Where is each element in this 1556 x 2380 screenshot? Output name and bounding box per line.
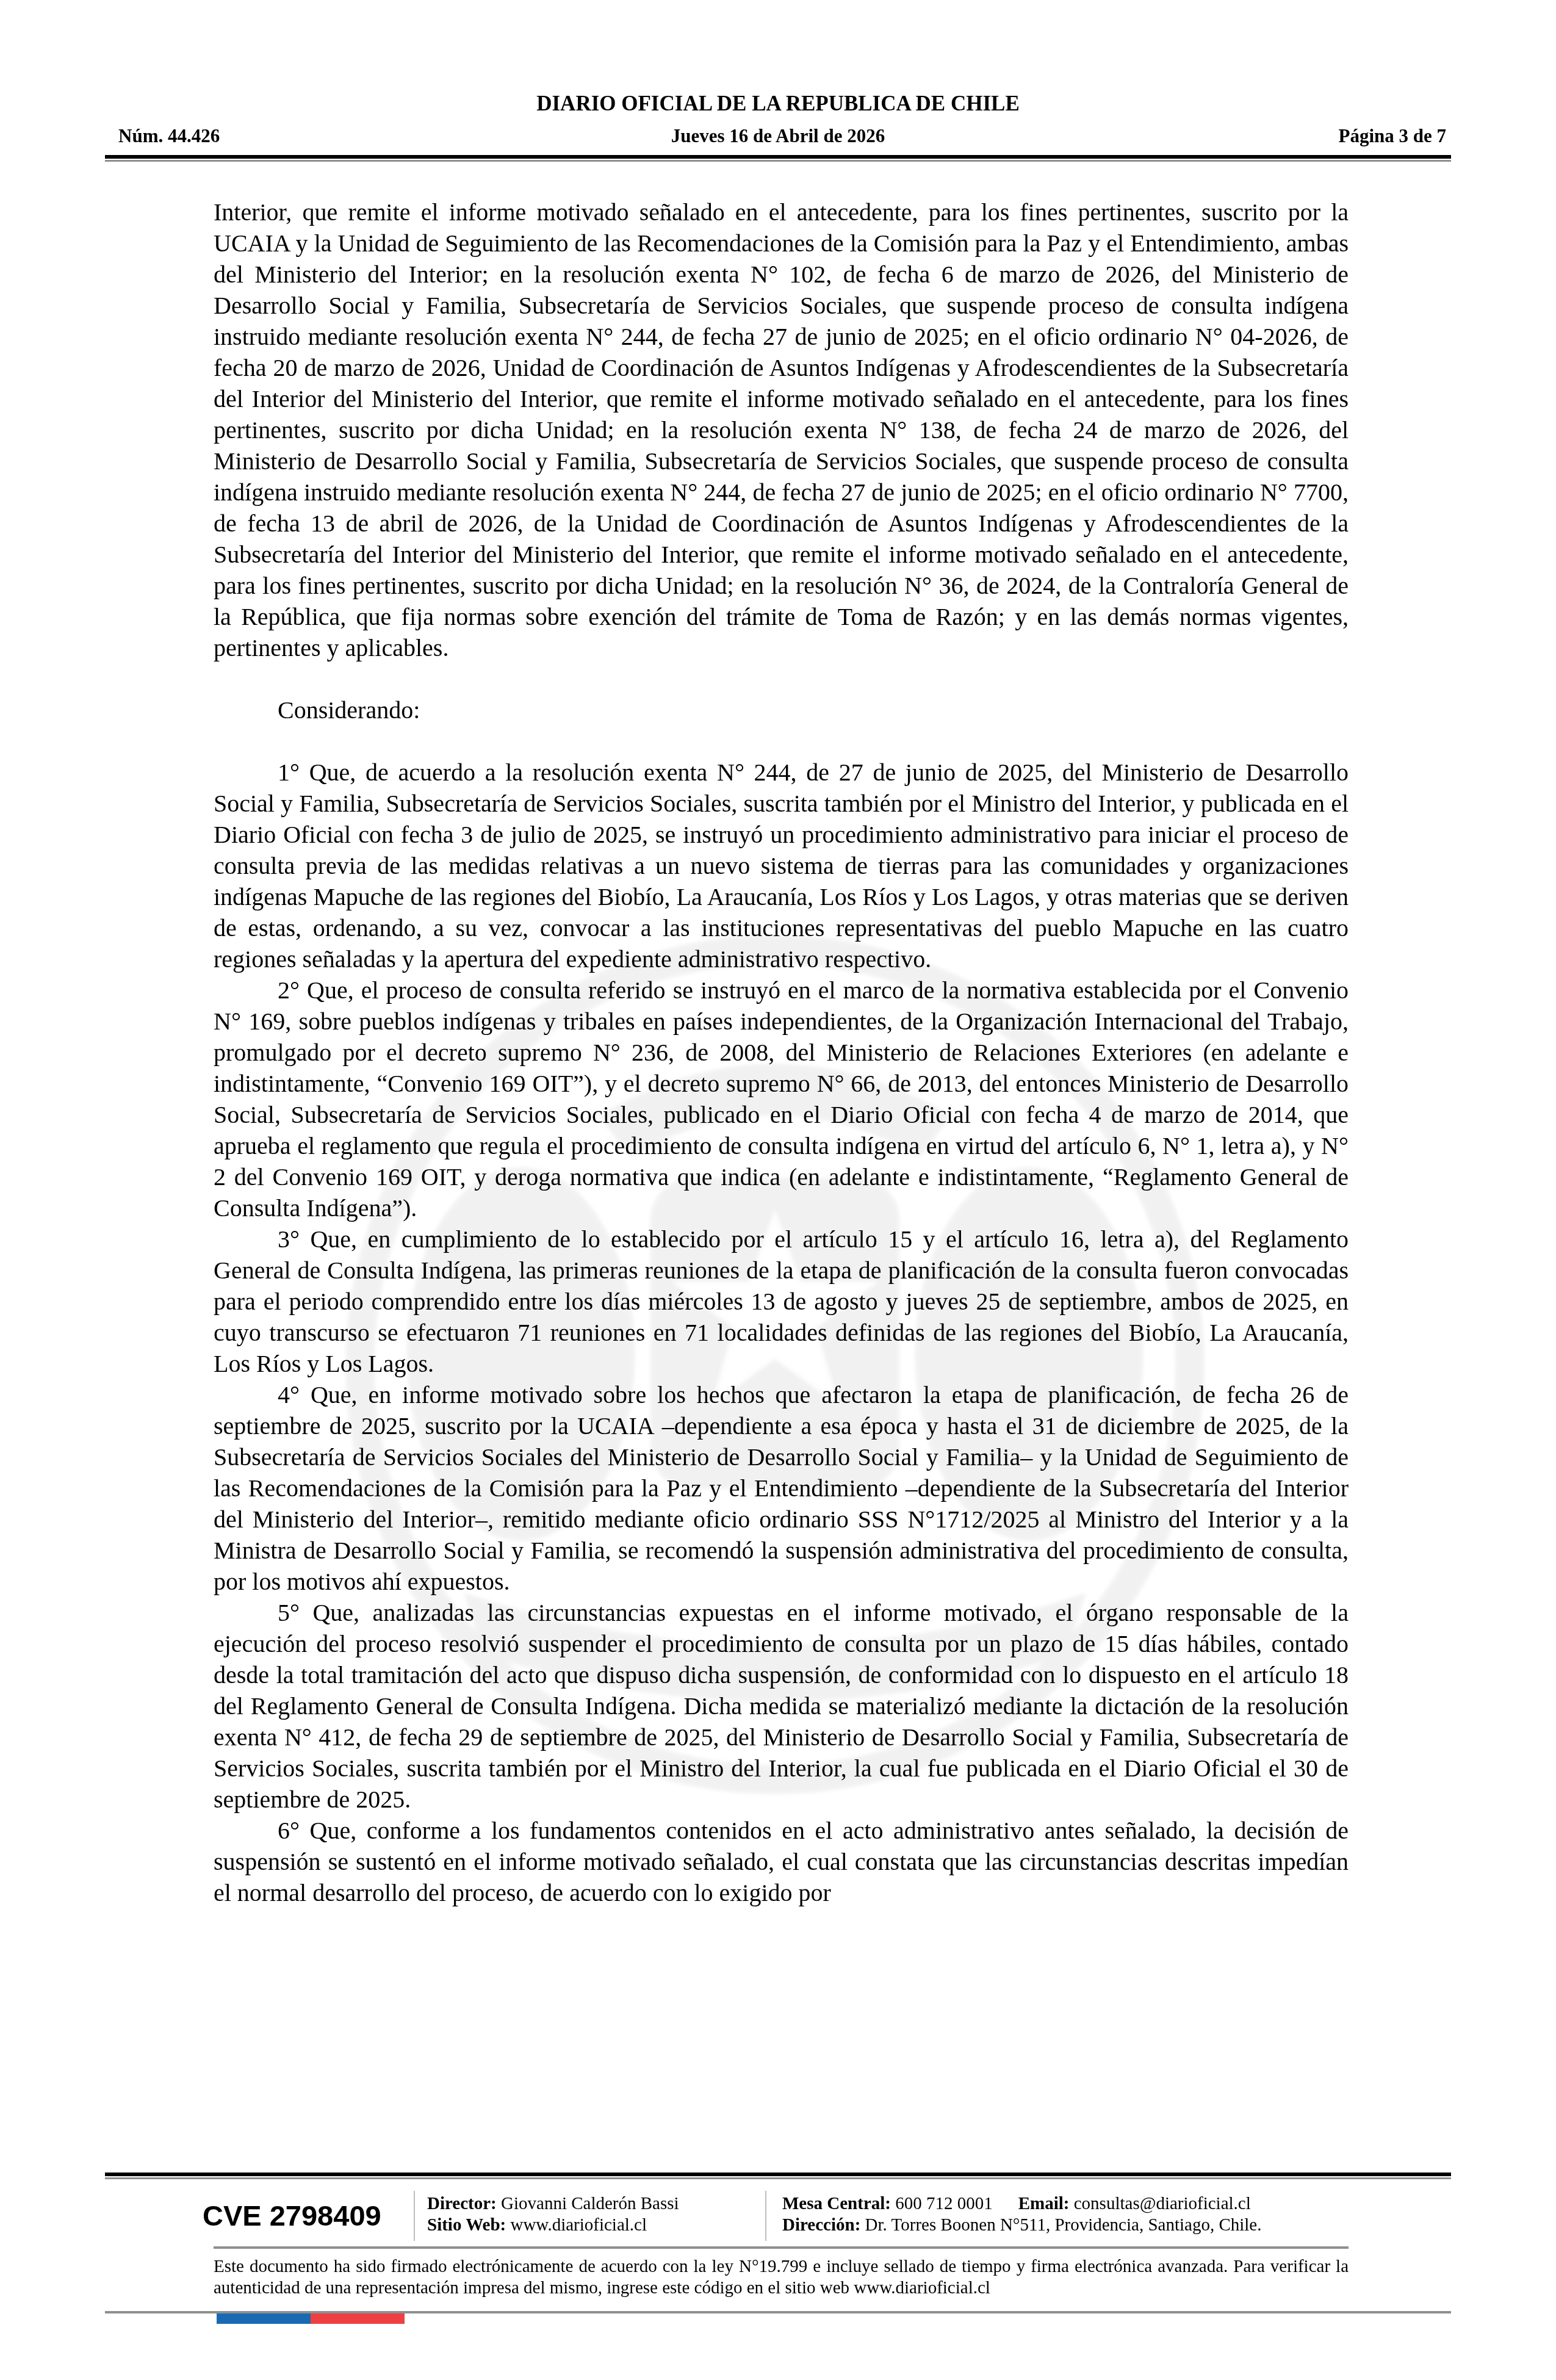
footer-divider-2: [765, 2191, 766, 2241]
body-paragraph-3: 3° Que, en cumplimiento de lo establecid…: [214, 1224, 1349, 1379]
email-label: Email:: [1018, 2194, 1070, 2213]
address-line: Dirección: Dr. Torres Boonen N°511, Prov…: [782, 2215, 1261, 2236]
body-paragraph-6: 6° Que, conforme a los fundamentos conte…: [214, 1815, 1349, 1908]
gov-flag-red-bar: [311, 2313, 405, 2324]
address-label: Dirección:: [782, 2215, 860, 2235]
document-body: Interior, que remite el informe motivado…: [214, 197, 1349, 1908]
masthead-row: Núm. 44.426 Jueves 16 de Abril de 2026 P…: [105, 124, 1451, 149]
section-heading-considerando: Considerando:: [214, 694, 1349, 726]
header-rule-shadow: [105, 160, 1451, 162]
director-value: Giovanni Calderón Bassi: [501, 2194, 679, 2213]
disclaimer-top-rule: [214, 2246, 1349, 2249]
address-value: Dr. Torres Boonen N°511, Providencia, Sa…: [865, 2215, 1262, 2235]
gov-flag-blue-bar: [217, 2313, 311, 2324]
director-label: Director:: [427, 2194, 497, 2213]
body-paragraph-5: 5° Que, analizadas las circunstancias ex…: [214, 1597, 1349, 1815]
phone-email-line: Mesa Central: 600 712 0001Email: consult…: [782, 2193, 1261, 2215]
website-label: Sitio Web:: [427, 2215, 506, 2235]
document-page: DIARIO OFICIAL DE LA REPUBLICA DE CHILE …: [0, 0, 1556, 2380]
footer-info: CVE 2798409 Director: Giovanni Calderón …: [105, 2190, 1451, 2243]
phone-label: Mesa Central:: [782, 2194, 891, 2213]
body-paragraph-4: 4° Que, en informe motivado sobre los he…: [214, 1379, 1349, 1597]
publication-title: DIARIO OFICIAL DE LA REPUBLICA DE CHILE: [0, 92, 1556, 116]
signature-disclaimer: Este documento ha sido firmado electróni…: [214, 2256, 1349, 2299]
website-line: Sitio Web: www.diarioficial.cl: [427, 2215, 679, 2236]
body-paragraph-1: 1° Que, de acuerdo a la resolución exent…: [214, 757, 1349, 975]
director-block: Director: Giovanni Calderón Bassi Sitio …: [427, 2193, 679, 2236]
email-link[interactable]: consultas@diarioficial.cl: [1074, 2194, 1251, 2213]
footer-rule-shadow: [105, 2177, 1451, 2179]
footer-divider-1: [414, 2191, 415, 2241]
edition-date: Jueves 16 de Abril de 2026: [105, 124, 1451, 148]
website-link[interactable]: www.diarioficial.cl: [510, 2215, 647, 2235]
cve-code: CVE 2798409: [203, 2190, 381, 2241]
header-rule-black: [105, 155, 1451, 159]
body-paragraph-continuation: Interior, que remite el informe motivado…: [214, 197, 1349, 663]
director-line: Director: Giovanni Calderón Bassi: [427, 2193, 679, 2215]
footer-rule-black: [105, 2173, 1451, 2176]
body-paragraph-2: 2° Que, el proceso de consulta referido …: [214, 975, 1349, 1224]
contact-block: Mesa Central: 600 712 0001Email: consult…: [782, 2193, 1261, 2236]
phone-value: 600 712 0001: [895, 2194, 993, 2213]
page-indicator: Página 3 de 7: [1338, 124, 1446, 148]
